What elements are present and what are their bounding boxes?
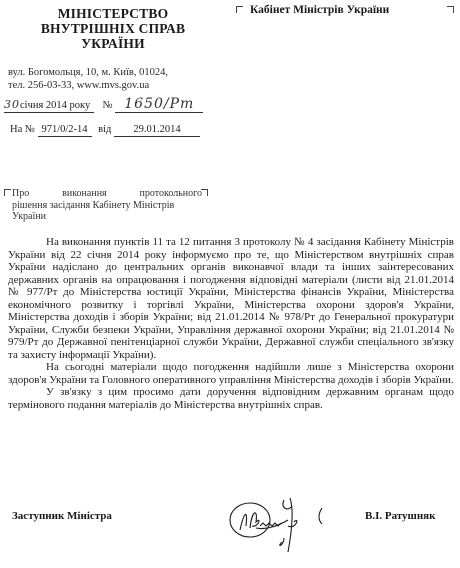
subject-word: Про (12, 188, 29, 200)
signature-icon (222, 490, 332, 560)
reply-date: 29.01.2014 (114, 124, 200, 137)
subject-word: виконання (62, 188, 107, 200)
outgoing-registration-row: 30січня 2014 року № 1650/Рт (4, 98, 203, 113)
signatory-position: Заступник Міністра (12, 510, 112, 522)
subject-word: протокольного (140, 188, 202, 200)
reply-number-label: На № (10, 124, 35, 135)
ministry-heading: МІНІСТЕРСТВО ВНУТРІШНІХ СПРАВ УКРАЇНИ (18, 6, 208, 51)
corner-bracket-icon (447, 6, 454, 13)
reply-reference-row: На № 971/0/2-14 від 29.01.2014 (10, 124, 200, 137)
handwritten-number: 1650/Рт (124, 96, 194, 112)
recipient-name: Кабінет Міністрів України (250, 4, 389, 16)
outgoing-number-field: 1650/Рт (115, 98, 203, 113)
subject-line-1: Про виконання протокольного (12, 188, 202, 200)
number-label: № (103, 100, 113, 111)
handwritten-day: 30 (4, 98, 20, 111)
signatory-name: В.І. Ратушняк (365, 510, 435, 522)
ministry-line-1: МІНІСТЕРСТВО (18, 6, 208, 21)
ministry-line-2: ВНУТРІШНІХ СПРАВ (18, 21, 208, 36)
ministry-address: вул. Богомольця, 10, м. Київ, 01024, тел… (8, 66, 168, 92)
subject-line-3: України (12, 211, 202, 223)
recipient-block: Кабінет Міністрів України (236, 4, 454, 16)
body-paragraph-3: У зв'язку з цим просимо дати доручення в… (8, 386, 454, 411)
corner-bracket-icon (236, 6, 243, 13)
body-paragraph-1: На виконання пунктів 11 та 12 питання 3 … (8, 236, 454, 361)
corner-bracket-icon (4, 189, 11, 196)
body-paragraph-2: На сьогодні матеріали щодо погодження на… (8, 361, 454, 386)
subject-block: Про виконання протокольного рішення засі… (12, 188, 202, 223)
subject-line-2: рішення засідання Кабінету Міністрів (12, 200, 202, 212)
outgoing-date-field: 30січня 2014 року (4, 99, 94, 113)
corner-bracket-icon (201, 189, 208, 196)
ministry-line-3: УКРАЇНИ (18, 36, 208, 51)
address-line-2: тел. 256-03-33, www.mvs.gov.ua (8, 79, 168, 92)
reply-from-label: від (98, 124, 111, 135)
address-line-1: вул. Богомольця, 10, м. Київ, 01024, (8, 66, 168, 79)
reply-number: 971/0/2-14 (38, 124, 92, 137)
outgoing-date: січня 2014 року (20, 100, 90, 111)
letter-body: На виконання пунктів 11 та 12 питання 3 … (8, 236, 454, 411)
